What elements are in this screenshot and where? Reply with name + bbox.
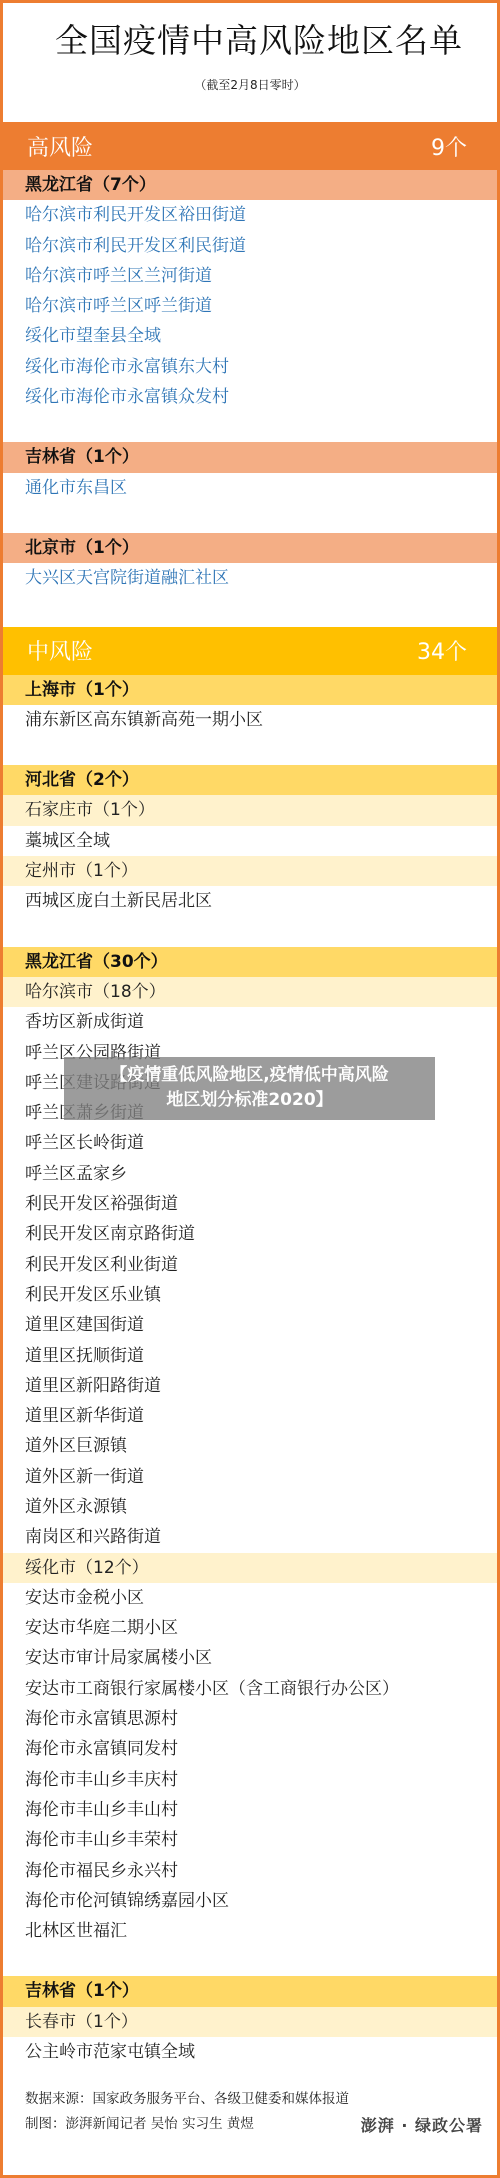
city-header: 石家庄市（1个） bbox=[3, 795, 497, 825]
list-item: 海伦市丰山乡丰山村 bbox=[3, 1795, 497, 1825]
list-item: 通化市东昌区 bbox=[3, 473, 497, 503]
list-item: 哈尔滨市利民开发区利民街道 bbox=[3, 231, 497, 261]
list-item: 大兴区天宫院街道融汇社区 bbox=[3, 563, 497, 593]
province-header: 吉林省（1个） bbox=[3, 1976, 497, 2006]
spacer bbox=[3, 735, 497, 765]
page-title: 全国疫情中高风险地区名单 bbox=[3, 15, 497, 62]
city-header: 长春市（1个） bbox=[3, 2007, 497, 2037]
caption-line-2: 地区划分标准2020】 bbox=[64, 1088, 435, 1113]
list-item: 安达市审计局家属楼小区 bbox=[3, 1643, 497, 1673]
spacer bbox=[3, 1946, 497, 1976]
list-item: 海伦市福民乡永兴村 bbox=[3, 1856, 497, 1886]
list-item: 公主岭市范家屯镇全域 bbox=[3, 2037, 497, 2067]
province-header: 黑龙江省（7个） bbox=[3, 170, 497, 200]
list-item: 哈尔滨市呼兰区呼兰街道 bbox=[3, 291, 497, 321]
mid-risk-band: 中风险 34个 bbox=[3, 627, 497, 675]
list-item: 海伦市丰山乡丰荣村 bbox=[3, 1825, 497, 1855]
list-item: 道里区抚顺街道 bbox=[3, 1341, 497, 1371]
list-item: 道外区巨源镇 bbox=[3, 1431, 497, 1461]
list-item: 绥化市望奎县全域 bbox=[3, 321, 497, 351]
mid-risk-label: 中风险 bbox=[27, 635, 93, 666]
mid-risk-count: 34个 bbox=[417, 635, 467, 666]
list-item: 绥化市海伦市永富镇众发村 bbox=[3, 382, 497, 412]
list-item: 安达市华庭二期小区 bbox=[3, 1613, 497, 1643]
spacer bbox=[3, 412, 497, 442]
spacer bbox=[3, 503, 497, 533]
list-item: 利民开发区乐业镇 bbox=[3, 1280, 497, 1310]
list-item: 南岗区和兴路街道 bbox=[3, 1522, 497, 1552]
list-item: 绥化市海伦市永富镇东大村 bbox=[3, 352, 497, 382]
list-item: 安达市工商银行家属楼小区（含工商银行办公区） bbox=[3, 1674, 497, 1704]
list-item: 利民开发区裕强街道 bbox=[3, 1189, 497, 1219]
spacer bbox=[3, 594, 497, 627]
list-item: 道里区新阳路街道 bbox=[3, 1371, 497, 1401]
list-item: 海伦市永富镇思源村 bbox=[3, 1704, 497, 1734]
caption-overlay: 【疫情重低风险地区,疫情低中高风险 地区划分标准2020】 bbox=[64, 1057, 435, 1120]
data-source: 数据来源：国家政务服务平台、各级卫健委和媒体报道 bbox=[25, 2087, 497, 2112]
list-item: 利民开发区利业街道 bbox=[3, 1250, 497, 1280]
list-item: 海伦市伦河镇锦绣嘉园小区 bbox=[3, 1886, 497, 1916]
province-header: 上海市（1个） bbox=[3, 675, 497, 705]
list-item: 道里区建国街道 bbox=[3, 1310, 497, 1340]
province-header: 河北省（2个） bbox=[3, 765, 497, 795]
list-item: 浦东新区高东镇新高苑一期小区 bbox=[3, 705, 497, 735]
as-of-date: （截至2月8日零时） bbox=[3, 76, 497, 93]
list-item: 藁城区全域 bbox=[3, 826, 497, 856]
city-header: 绥化市（12个） bbox=[3, 1553, 497, 1583]
spacer bbox=[3, 917, 497, 947]
list-item: 哈尔滨市呼兰区兰河街道 bbox=[3, 261, 497, 291]
list-item: 西城区庞白土新民居北区 bbox=[3, 886, 497, 916]
province-header: 吉林省（1个） bbox=[3, 442, 497, 472]
list-item: 安达市金税小区 bbox=[3, 1583, 497, 1613]
title-box: 全国疫情中高风险地区名单 （截至2月8日零时） bbox=[3, 3, 497, 122]
list-item: 呼兰区孟家乡 bbox=[3, 1159, 497, 1189]
list-item: 道外区新一街道 bbox=[3, 1462, 497, 1492]
high-risk-band: 高风险 9个 bbox=[3, 122, 497, 170]
high-risk-label: 高风险 bbox=[27, 131, 93, 162]
caption-line-1: 【疫情重低风险地区,疫情低中高风险 bbox=[64, 1063, 435, 1088]
list-item: 香坊区新成街道 bbox=[3, 1007, 497, 1037]
list-item: 道外区永源镇 bbox=[3, 1492, 497, 1522]
list-item: 北林区世福汇 bbox=[3, 1916, 497, 1946]
footer: 数据来源：国家政务服务平台、各级卫健委和媒体报道 制图：澎湃新闻记者 吴怡 实习… bbox=[3, 2067, 497, 2137]
list-item: 哈尔滨市利民开发区裕田街道 bbox=[3, 200, 497, 230]
list-item: 利民开发区南京路街道 bbox=[3, 1219, 497, 1249]
list-item: 呼兰区长岭街道 bbox=[3, 1128, 497, 1158]
publisher-logo: 澎湃 · 绿政公署 bbox=[361, 2113, 483, 2138]
city-header: 哈尔滨市（18个） bbox=[3, 977, 497, 1007]
city-header: 定州市（1个） bbox=[3, 856, 497, 886]
province-header: 黑龙江省（30个） bbox=[3, 947, 497, 977]
list-item: 海伦市丰山乡丰庆村 bbox=[3, 1765, 497, 1795]
list-item: 海伦市永富镇同发村 bbox=[3, 1734, 497, 1764]
high-risk-count: 9个 bbox=[431, 131, 467, 162]
province-header: 北京市（1个） bbox=[3, 533, 497, 563]
list-item: 道里区新华街道 bbox=[3, 1401, 497, 1431]
